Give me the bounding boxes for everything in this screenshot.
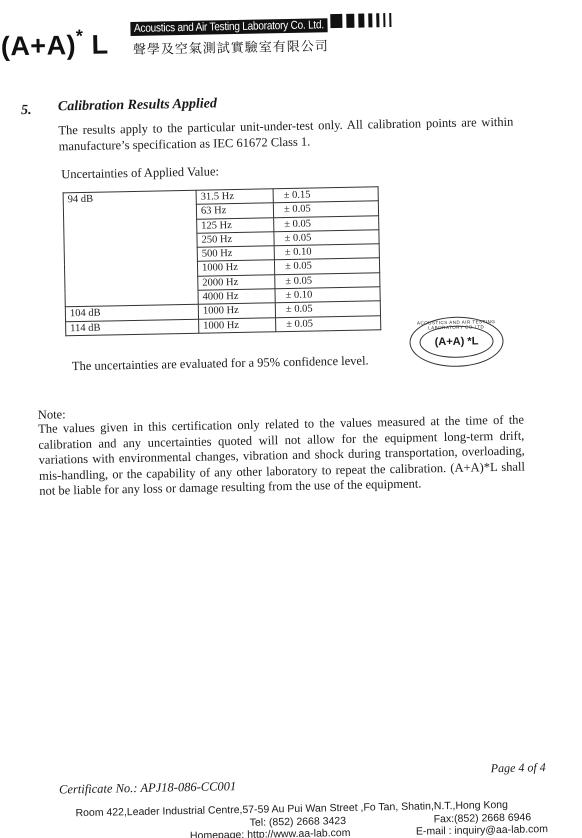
certificate-number: Certificate No.: APJ18-086-CC001 (59, 779, 236, 797)
frequency-cell: 2000 Hz (198, 275, 275, 291)
company-name-zh: 聲學及空氣測試實驗室有限公司 (133, 35, 329, 58)
uncertainties-label: Uncertainties of Applied Value: (61, 164, 219, 182)
certificate-page: (A+A)* L Acoustics and Air Testing Labor… (0, 0, 582, 838)
note-body: The values given in this certification o… (38, 413, 525, 500)
frequency-cell: 63 Hz (196, 203, 273, 219)
uncertainty-cell: ± 0.05 (276, 315, 381, 331)
section-title: Calibration Results Applied (58, 96, 217, 115)
frequency-cell: 500 Hz (197, 246, 274, 262)
company-name-en: Acoustics and Air Testing Laboratory Co.… (130, 18, 327, 36)
email-link[interactable]: E-mail : inquiry@aa-lab.com (416, 823, 548, 838)
confidence-text: The uncertainties are evaluated for a 95… (72, 353, 369, 374)
level-cell: 114 dB (66, 319, 199, 336)
barcode-decoration (330, 13, 391, 28)
stamp-center-text: (A+A) *L (419, 325, 494, 358)
company-stamp: ACOUSTICS AND AIR TESTING LABORATORY CO … (409, 316, 504, 368)
logo-star: * (76, 26, 84, 46)
uncertainty-table: 94 dB31.5 Hz± 0.1563 Hz± 0.05125 Hz± 0.0… (63, 186, 382, 336)
frequency-cell: 1000 Hz (199, 317, 276, 333)
frequency-cell: 125 Hz (197, 217, 274, 233)
footer-address-block: Room 422,Leader Industrial Centre,57-59 … (75, 798, 548, 838)
logo-suffix: L (91, 29, 109, 59)
company-logo: (A+A)* L (0, 27, 108, 62)
frequency-cell: 31.5 Hz (196, 189, 273, 205)
frequency-cell: 4000 Hz (198, 289, 275, 305)
logo-text: (A+A) (0, 30, 76, 61)
frequency-cell: 250 Hz (197, 232, 274, 248)
frequency-cell: 1000 Hz (197, 260, 274, 276)
page-number: Page 4 of 4 (491, 760, 546, 776)
frequency-cell: 1000 Hz (198, 303, 275, 319)
level-cell: 94 dB (63, 190, 198, 307)
section-number: 5. (21, 103, 32, 119)
section-paragraph: The results apply to the particular unit… (58, 114, 514, 155)
